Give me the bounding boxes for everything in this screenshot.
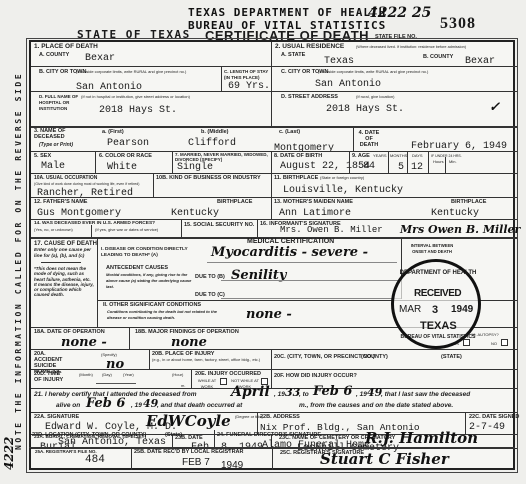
certify-text-5: , that I last saw the deceased	[381, 392, 470, 398]
divider	[31, 349, 517, 350]
divider	[131, 447, 132, 470]
certify-text-2: , 19	[274, 392, 285, 398]
cause-c-line	[221, 298, 401, 299]
divider	[349, 151, 350, 173]
divider	[172, 151, 173, 173]
cause-b-line	[221, 280, 401, 281]
place-of-death-label: 1. PLACE OF DEATH	[34, 44, 98, 50]
certify-text-6: alive on	[56, 403, 80, 409]
divider	[271, 369, 272, 388]
divider	[407, 151, 408, 173]
stamp-year: 1949	[451, 304, 473, 315]
marital-label: 7. MARRIED, NEVER MARRIED, WIDOWED, DIVO…	[175, 152, 270, 162]
certify-text-4: , 19	[356, 392, 367, 398]
age-months-label: MONTHS	[390, 153, 407, 159]
funeral-director-label: 24. FUNERAL DIRECTOR'S SIGNATURE	[217, 432, 321, 438]
mother-name-label: 13. MOTHER'S MAIDEN NAME	[274, 199, 353, 205]
injury-occurred-label: 20e. INJURY OCCURRED	[195, 371, 261, 377]
injury-county-label: (COUNTY)	[361, 354, 388, 360]
antecedent-causes-label: ANTECEDENT CAUSES	[106, 265, 168, 271]
divider	[271, 91, 517, 92]
divider	[271, 349, 272, 369]
mother-birthplace-value: Kentucky	[431, 208, 479, 219]
date-received-value: FEB 7	[182, 457, 210, 468]
margin-handwritten-number: 4222	[2, 437, 16, 470]
mother-name-value: Ann Latimore	[279, 208, 351, 219]
institution-note: (If not in hospital or institution, give…	[81, 94, 190, 100]
residence-county-label: b. COUNTY	[423, 54, 453, 60]
divider	[271, 197, 272, 219]
cause-of-death-label: 17. CAUSE OF DEATH	[34, 241, 97, 247]
certify-to-date: Feb 6	[313, 384, 352, 399]
first-name-label: a. (First)	[102, 129, 124, 135]
race-label: 6. COLOR OR RACE	[99, 153, 152, 159]
certify-text-9: m., from the causes and on the date stat…	[299, 403, 453, 409]
father-name-label: 12. FATHER'S NAME	[34, 199, 87, 205]
institution-value: 2018 Hays St.	[99, 105, 177, 116]
divider	[149, 349, 150, 369]
divider	[271, 151, 272, 173]
divider	[31, 91, 271, 92]
time-year-label: (Year)	[123, 372, 134, 378]
stamp-bottom-arc: BUREAU OF VITAL STATISTICS	[398, 334, 478, 340]
father-name-value: Gus Montgomery	[37, 208, 121, 219]
received-stamp: DEPARTMENT OF HEALTH RECEIVED MAR 3 1949…	[391, 259, 481, 349]
certify-from-month: April	[231, 384, 270, 400]
time-stroke	[96, 383, 136, 384]
date-received-label: 25b. DATE REC'D BY LOCAL REGISTRAR	[134, 449, 244, 455]
residence-state-label: a. STATE	[281, 52, 305, 58]
cause-a-value: Myocarditis - severe -	[211, 245, 368, 260]
usual-residence-note: (Where deceased lived. If institution: r…	[356, 44, 466, 50]
divider	[191, 369, 192, 388]
divider	[31, 151, 517, 152]
divider	[129, 327, 130, 349]
divider	[41, 262, 81, 263]
interval-label: INTERVAL BETWEEN ONSET AND DEATH	[405, 243, 459, 255]
how-injury-occurred-label: 20f. HOW DID INJURY OCCUR?	[274, 373, 357, 379]
disease-condition-label: I. DISEASE OR CONDITION DIRECTLY LEADING…	[101, 247, 209, 259]
divider	[445, 157, 446, 173]
death-certificate-page: TEXAS DEPARTMENT OF HEALTH BUREAU OF VIT…	[0, 0, 526, 484]
deceased-name-label: 3. NAME OF DECEASED	[34, 128, 74, 140]
injury-state-label: (STATE)	[441, 354, 462, 360]
certify-alive-on: Feb 6	[86, 396, 125, 411]
divider	[221, 66, 222, 91]
registrar-file-value: 484	[85, 455, 105, 466]
stamp-month: MAR	[399, 304, 421, 315]
divider	[257, 219, 258, 237]
age-years-value: 84	[363, 161, 375, 172]
divider	[31, 369, 517, 370]
autopsy-no-checkbox[interactable]	[501, 339, 508, 346]
residence-city-note: (If outside corporate limits, write RURA…	[318, 69, 428, 75]
divider	[271, 42, 272, 126]
stamp-state: TEXAS	[420, 320, 457, 332]
death-county-label: a. COUNTY	[39, 52, 69, 58]
divider	[272, 447, 273, 470]
degree-label: (Degree or title)	[235, 414, 263, 420]
residence-street-label: d. STREET ADDRESS	[281, 94, 338, 100]
last-name-label: c. (Last)	[279, 129, 300, 135]
armed-forces-note2: (If yes, give war or dates of service)	[95, 227, 158, 233]
father-birthplace-value: Kentucky	[171, 208, 219, 219]
time-day-label: (Day)	[102, 372, 112, 378]
stamp-received: RECEIVED	[414, 288, 461, 299]
date-received-year: 1949	[221, 460, 243, 471]
divider	[31, 388, 517, 389]
race-value: White	[107, 162, 137, 173]
age-months-value: 5	[398, 162, 404, 173]
antecedent-note: Morbid conditions, if any, giving rise t…	[106, 272, 196, 290]
date-signed-label: 22c. DATE SIGNED	[469, 414, 519, 420]
certify-text-7: , 19	[131, 403, 142, 409]
first-name-value: Pearson	[107, 138, 149, 149]
funeral-director-signature: R.J. Hamilton	[365, 429, 478, 447]
divider	[95, 151, 96, 173]
injury-city-label: 20c. (CITY, TOWN, OR PRECINCT NO.)	[274, 354, 375, 360]
time-hour-label: (Hour)	[172, 372, 183, 378]
other-conditions-label: II. OTHER SIGNIFICANT CONDITIONS	[103, 302, 201, 308]
certificate-form: 1. PLACE OF DEATH a. COUNTY Bexar b. CIT…	[29, 40, 515, 470]
divider	[428, 151, 429, 173]
birthplace-note: (State or foreign country)	[320, 175, 364, 181]
time-month-label: (Month)	[79, 372, 93, 378]
divider	[31, 412, 517, 413]
registrar-signature: Stuart C Fisher	[320, 450, 449, 468]
residence-street-value: 2018 Hays St.	[326, 104, 404, 115]
father-birthplace-label: BIRTHPLACE	[217, 199, 252, 205]
age-hours-label: Hours	[433, 159, 444, 165]
divider	[91, 225, 92, 237]
reverse-side-note: NOTE THE INFORMATION CALLED FOR ON THE R…	[14, 72, 23, 450]
divider	[271, 173, 272, 197]
divider	[97, 239, 98, 327]
other-conditions-note: Conditions contributing to the death but…	[107, 309, 227, 321]
date-of-death-label: 4. DATE OF DEATH	[357, 130, 381, 148]
age-days-value: 12	[411, 162, 423, 173]
divider	[153, 173, 154, 197]
middle-name-label: b. (Middle)	[201, 129, 229, 135]
operation-findings-value: none	[171, 335, 207, 350]
middle-name-value: Clifford	[188, 138, 236, 149]
deceased-name-note: (Type or Print)	[39, 142, 73, 148]
signature-label: 22a. SIGNATURE	[34, 414, 79, 420]
dept-title-line1: TEXAS DEPARTMENT OF HEALTH	[188, 6, 386, 19]
marital-value: Single	[177, 162, 213, 173]
occupation-note: (Give kind of work done during most of w…	[34, 181, 139, 187]
informant-typed-name: Mrs. Owen B. Miller	[280, 225, 383, 236]
cause-instructions: Enter only one cause per line for (a), (…	[34, 248, 92, 260]
burial-location-state-label: (State)	[165, 432, 182, 438]
length-of-stay-label: c. LENGTH OF STAY (in this place)	[224, 69, 270, 81]
death-county-value: Bexar	[85, 53, 115, 64]
place-of-injury-note: (e.g., in or about home, farm, factory, …	[152, 357, 260, 363]
physician-address-label: 22b. ADDRESS	[260, 414, 300, 420]
certify-text-8: , and that death occurred at	[157, 403, 242, 409]
sex-label: 5. SEX	[34, 153, 51, 159]
divider	[353, 128, 354, 151]
residence-city-value: San Antonio	[315, 79, 381, 90]
cause-a-line	[207, 262, 397, 263]
birthplace-value: Louisville, Kentucky	[283, 185, 403, 196]
divider	[214, 430, 215, 447]
state-file-number: 5308	[440, 15, 476, 33]
usual-residence-label: 2. USUAL RESIDENCE	[275, 44, 344, 50]
sex-value: Male	[41, 161, 65, 172]
divider	[271, 66, 517, 67]
birthplace-label: 11. BIRTHPLACE	[274, 175, 318, 181]
dob-value: August 22, 1854	[280, 161, 370, 172]
mother-birthplace-label: BIRTHPLACE	[451, 199, 486, 205]
divider	[31, 219, 517, 220]
divider	[31, 197, 517, 198]
autopsy-no-label: NO	[491, 341, 497, 347]
divider	[31, 66, 271, 67]
while-at-work-checkbox[interactable]	[220, 378, 227, 385]
divider	[388, 151, 389, 173]
time-of-injury-label: 20d. TIME OF INJURY	[34, 371, 64, 383]
other-conditions-value: none -	[246, 307, 292, 322]
armed-forces-note1: (Yes, no, or unknown)	[34, 227, 73, 233]
dob-label: 8. DATE OF BIRTH	[274, 153, 322, 159]
certify-text-3: , to	[299, 392, 309, 398]
divider	[257, 412, 258, 434]
divider	[31, 173, 517, 174]
institution-label: d. FULL NAME OF HOSPITAL OR INSTITUTION	[39, 94, 79, 112]
autopsy-yes-checkbox[interactable]	[463, 339, 470, 346]
age-days-label: DAYS	[412, 153, 423, 159]
operation-date-value: none -	[61, 335, 107, 350]
physician-signature: EdWCoyle	[146, 412, 231, 430]
handwritten-reference: 4222 25	[368, 5, 431, 21]
stamp-top-arc: DEPARTMENT OF HEALTH	[398, 270, 478, 276]
business-label: 10b. KIND OF BUSINESS OR INDUSTRY	[156, 175, 261, 181]
informant-signature: Mrs Owen B. Miller	[400, 223, 520, 236]
age-years-label: YEARS	[373, 153, 387, 159]
divider	[181, 219, 182, 237]
residence-street-note: (If rural, give location)	[356, 94, 394, 100]
age-min-label: Min.	[449, 159, 457, 165]
age-label: 9. AGE	[352, 153, 370, 159]
cause-footnote: *This does not mean the mode of dying, s…	[34, 266, 94, 298]
stamp-day: 3	[432, 304, 438, 316]
ssn-label: 15. SOCIAL SECURITY NO.	[184, 222, 254, 228]
death-city-note: (If outside corporate limits, write RURA…	[76, 69, 186, 75]
divider	[31, 126, 517, 128]
residence-check-mark: ✓	[489, 100, 500, 115]
